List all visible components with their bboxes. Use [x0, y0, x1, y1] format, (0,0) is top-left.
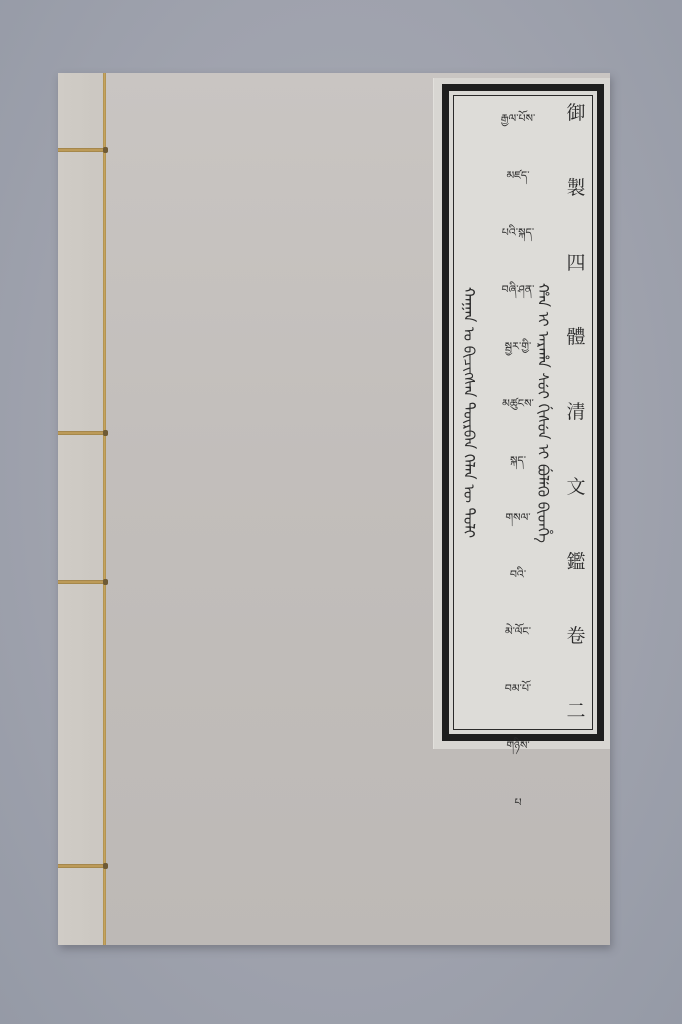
binding-stitch — [58, 148, 106, 152]
tibetan-syllable: གཉིས་ — [506, 733, 529, 764]
tibetan-title: རྒྱལ་པོས་ མཛད་ པའི་སྐད་ བཞི་ཤན་ སྦྱར་གྱི… — [488, 106, 548, 723]
chinese-title: 御 製 四 體 清 文 鑑 卷 二 — [562, 102, 590, 723]
tibetan-syllable: བམ་པོ་ — [505, 676, 531, 707]
binding-stitch — [58, 431, 106, 435]
tibetan-syllable: སྦྱར་གྱི་ — [505, 334, 532, 365]
binding-stitch — [58, 580, 106, 584]
title-char: 二 — [566, 702, 585, 721]
title-char: 四 — [566, 254, 585, 273]
label-inner-frame: 御 製 四 體 清 文 鑑 卷 二 ᡥᠠᠨ ᡳ ᠠᡵᠠᡥᠠ ᠰᡠᡳ ᡤᡳᠰᡠᠨ … — [453, 95, 593, 730]
mongolian-title: ᠬᠠᠭᠠᠨ ᠤ ᠪᠢᠴᠢᠭᠰᠡᠨ ᠳᠦᠷᠪᠡᠨ ᠬᠡᠯᠡᠨ ᠦ ᠲᠣᠯᠢ — [458, 102, 482, 723]
binding-stitch — [58, 864, 106, 868]
title-char: 清 — [566, 403, 585, 422]
label-frame: 御 製 四 體 清 文 鑑 卷 二 ᡥᠠᠨ ᡳ ᠠᡵᠠᡥᠠ ᠰᡠᡳ ᡤᡳᠰᡠᠨ … — [442, 84, 604, 741]
book-spine — [58, 73, 106, 945]
binding-thread — [103, 73, 106, 945]
tibetan-syllable: གསལ་ — [505, 505, 530, 536]
title-label: 御 製 四 體 清 文 鑑 卷 二 ᡥᠠᠨ ᡳ ᠠᡵᠠᡥᠠ ᠰᡠᡳ ᡤᡳᠰᡠᠨ … — [433, 78, 610, 749]
tibetan-syllable: རྒྱལ་པོས་ — [501, 106, 536, 137]
tibetan-syllable: བའི་ — [510, 562, 526, 593]
tibetan-syllable: པ — [514, 790, 521, 821]
title-char: 鑑 — [566, 553, 585, 572]
tibetan-syllable: མཛད་ — [506, 163, 529, 194]
title-char: 製 — [566, 179, 585, 198]
tibetan-syllable: མེ་ལོང་ — [505, 619, 531, 650]
book-cover: 御 製 四 體 清 文 鑑 卷 二 ᡥᠠᠨ ᡳ ᠠᡵᠠᡥᠠ ᠰᡠᡳ ᡤᡳᠰᡠᠨ … — [58, 73, 610, 945]
title-char: 文 — [566, 478, 585, 497]
tibetan-syllable: བཞི་ཤན་ — [502, 277, 535, 308]
tibetan-syllable: མཚུངས་ — [502, 391, 534, 422]
title-char: 卷 — [566, 627, 585, 646]
title-char: 御 — [566, 104, 585, 123]
tibetan-syllable: པའི་སྐད་ — [502, 220, 534, 251]
tibetan-syllable: སྐད་ — [510, 448, 526, 479]
title-char: 體 — [566, 328, 585, 347]
